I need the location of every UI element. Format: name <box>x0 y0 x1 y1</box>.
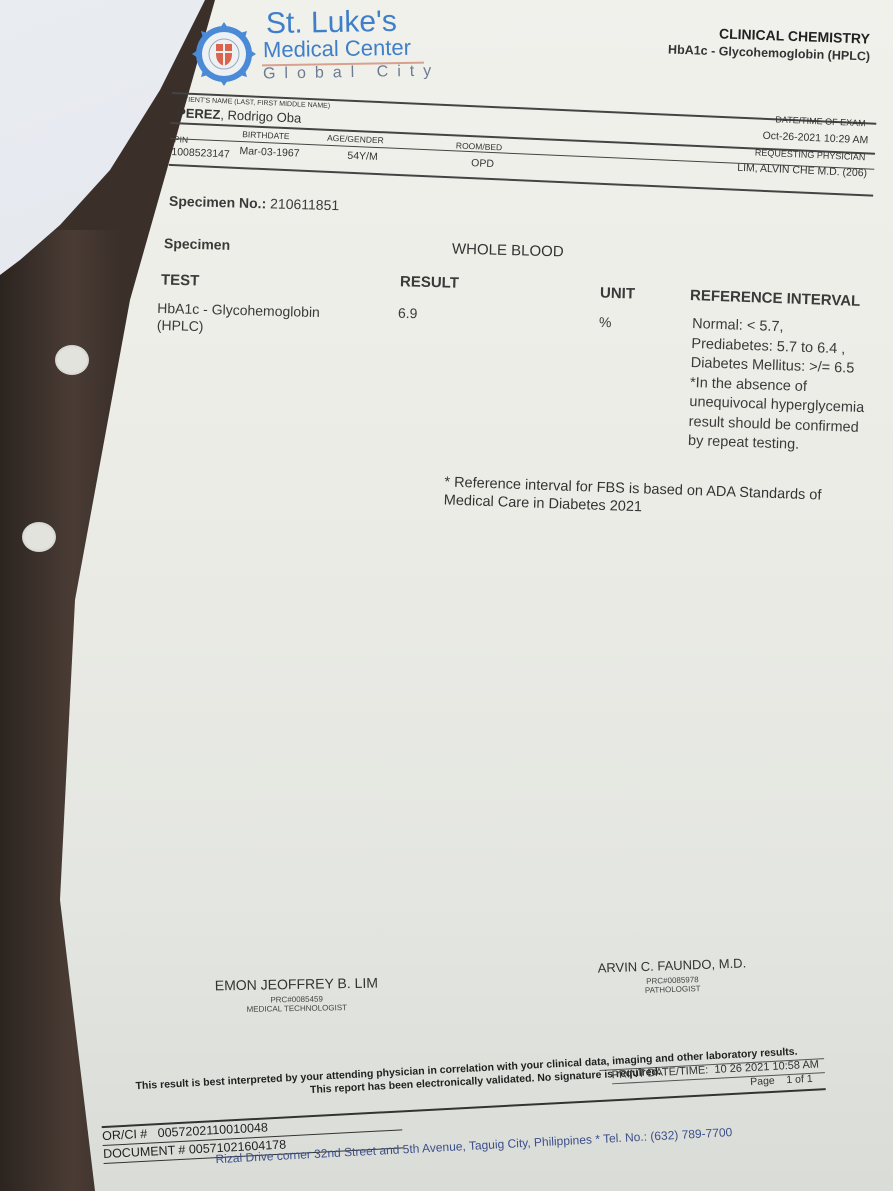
room-value: OPD <box>471 157 494 170</box>
specimen-type: WHOLE BLOOD <box>452 241 564 261</box>
birthdate-value: Mar-03-1967 <box>239 145 300 160</box>
column-header-unit: UNIT <box>600 285 635 303</box>
physician-value: LIM, ALVIN CHE M.D. (206) <box>737 162 867 180</box>
hospital-seal-icon <box>192 22 256 86</box>
age-gender-label: AGE/GENDER <box>327 133 384 145</box>
reference-interval: Normal: < 5.7, Prediabetes: 5.7 to 6.4 ,… <box>688 315 868 458</box>
birthdate-label: BIRTHDATE <box>242 129 290 141</box>
punch-hole <box>55 345 89 375</box>
specimen-number-value: 210611851 <box>270 195 339 213</box>
patient-last-name: PEREZ <box>177 105 221 122</box>
pin-value: 1008523147 <box>171 146 230 161</box>
page-label: Page <box>750 1075 775 1088</box>
result-test-name: HbA1c - Glycohemoglobin (HPLC) <box>157 300 320 338</box>
physician-label: REQUESTING PHYSICIAN <box>755 147 866 162</box>
column-header-test: TEST <box>161 272 200 290</box>
logo-line2: Medical Center <box>263 35 411 64</box>
signatory-pathologist: ARVIN C. FAUNDO, M.D. PRC#0085978 PATHOL… <box>597 955 747 996</box>
column-header-result: RESULT <box>400 273 459 292</box>
result-value: 6.9 <box>398 305 418 322</box>
signatory-name: EMON JEOFFREY B. LIM <box>215 975 378 994</box>
signatory-medtech: EMON JEOFFREY B. LIM PRC#0085459 MEDICAL… <box>215 975 379 1015</box>
patient-given-names: , Rodrigo Oba <box>220 107 302 126</box>
exam-datetime-value: Oct-26-2021 10:29 AM <box>762 130 868 147</box>
specimen-label: Specimen <box>164 235 231 253</box>
specimen-number-label: Specimen No.: <box>169 193 267 212</box>
age-gender-value: 54Y/M <box>347 150 378 163</box>
page-value: 1 of 1 <box>786 1073 813 1086</box>
page-indicator: Page 1 of 1 <box>750 1073 813 1088</box>
punch-hole <box>22 522 56 552</box>
logo-line3: Global City <box>263 62 441 83</box>
result-unit: % <box>599 314 612 330</box>
